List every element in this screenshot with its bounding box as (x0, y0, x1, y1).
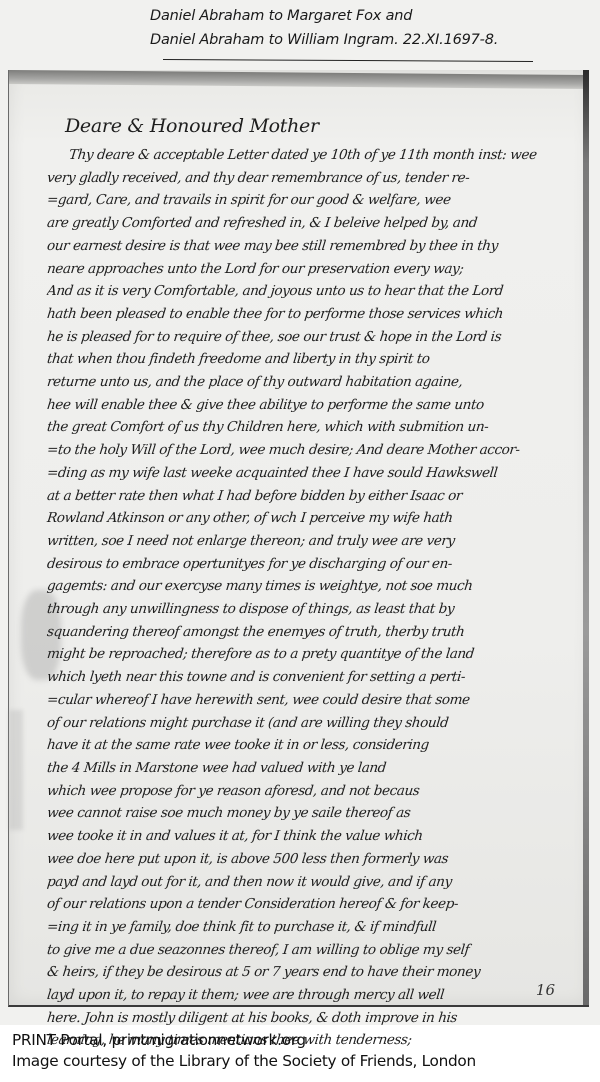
letter-line: here. John is mostly diligent at his boo… (46, 1007, 568, 1030)
letter-line: Rowland Atkinson or any other, of wch I … (46, 507, 568, 530)
letter-line: And as it is very Comfortable, and joyou… (46, 280, 568, 303)
letter-line: the 4 Mills in Marstone wee had valued w… (46, 757, 568, 780)
archive-label: Daniel Abraham to Margaret Fox and Danie… (150, 4, 550, 52)
letter-line: gagemts: and our exercyse many times is … (46, 575, 568, 598)
letter-line: =gard, Care, and travails in spirit for … (46, 189, 568, 212)
page-top-shadow (9, 70, 589, 89)
letter-line: at a better rate then what I had before … (46, 485, 568, 508)
letter-line: =ding as my wife last weeke acquainted t… (46, 462, 568, 485)
letter-line: squandering thereof amongst the enemyes … (46, 621, 568, 644)
letter-salutation: Deare & Honoured Mother (65, 108, 567, 144)
letter-line: have it at the same rate wee tooke it in… (46, 734, 568, 757)
letter-line: =cular whereof I have herewith sent, wee… (46, 689, 568, 712)
letter-line: wee doe here put upon it, is above 500 l… (46, 848, 568, 871)
caption-credit: Image courtesy of the Library of the Soc… (12, 1051, 592, 1072)
letter-line: hath been pleased to enable thee for to … (46, 303, 568, 326)
letter-line: wee cannot raise soe much money by ye sa… (46, 802, 568, 825)
letter-line: might be reproached; therefore as to a p… (46, 643, 568, 666)
archive-label-line-1: Daniel Abraham to Margaret Fox and (150, 4, 550, 28)
letter-line: he is pleased for to require of thee, so… (46, 326, 568, 349)
letter-line: returne unto us, and the place of thy ou… (46, 371, 568, 394)
archive-label-line-2: Daniel Abraham to William Ingram. 22.XI.… (150, 28, 550, 52)
archival-mount-sheet: Daniel Abraham to Margaret Fox and Danie… (0, 0, 600, 1025)
letter-line: =ing it in ye family, doe think fit to p… (46, 916, 568, 939)
folio-number: 16 (536, 981, 555, 999)
paper-stain-edge (9, 710, 23, 830)
letter-line: payd and layd out for it, and then now i… (46, 871, 568, 894)
letter-line: hee will enable thee & give thee ability… (46, 394, 568, 417)
letter-line: the great Comfort of us thy Children her… (46, 416, 568, 439)
archive-label-underline (163, 59, 533, 62)
letter-line: layd upon it, to repay it them; wee are … (46, 984, 568, 1007)
letter-line: our earnest desire is that wee may bee s… (46, 235, 568, 258)
letter-line: through any unwillingness to dispose of … (46, 598, 568, 621)
letter-line: which wee propose for ye reason aforesd,… (46, 780, 568, 803)
manuscript-page: Deare & Honoured Mother Thy deare & acce… (8, 70, 589, 1007)
letter-line: very gladly received, and thy dear remem… (46, 167, 568, 190)
letter-line: & heirs, if they be desirous at 5 or 7 y… (46, 961, 568, 984)
letter-line: are greatly Comforted and refreshed in, … (46, 212, 568, 235)
letter-line: Thy deare & acceptable Letter dated ye 1… (46, 144, 568, 167)
letter-line: to give me a due seazonnes thereof, I am… (46, 939, 568, 962)
letter-line: that when thou findeth freedome and libe… (46, 348, 568, 371)
letter-line: =to the holy Will of the Lord, wee much … (46, 439, 568, 462)
letter-line: wee tooke it in and values it at, for I … (46, 825, 568, 848)
image-caption: PRINT Portal, printmigrationnetwork.org … (12, 1030, 592, 1072)
letter-line: written, soe I need not enlarge thereon;… (46, 530, 568, 553)
letter-line: of our relations might purchase it (and … (46, 712, 568, 735)
letter-line: which lyeth near this towne and is conve… (46, 666, 568, 689)
letter-line: desirous to embrace opertunityes for ye … (46, 553, 568, 576)
letter-body: Deare & Honoured Mother Thy deare & acce… (47, 108, 567, 1052)
page-right-edge (583, 70, 589, 1005)
letter-line: of our relations upon a tender Considera… (46, 893, 568, 916)
caption-source: PRINT Portal, printmigrationnetwork.org (12, 1030, 592, 1051)
letter-line: neare approaches unto the Lord for our p… (46, 258, 568, 281)
